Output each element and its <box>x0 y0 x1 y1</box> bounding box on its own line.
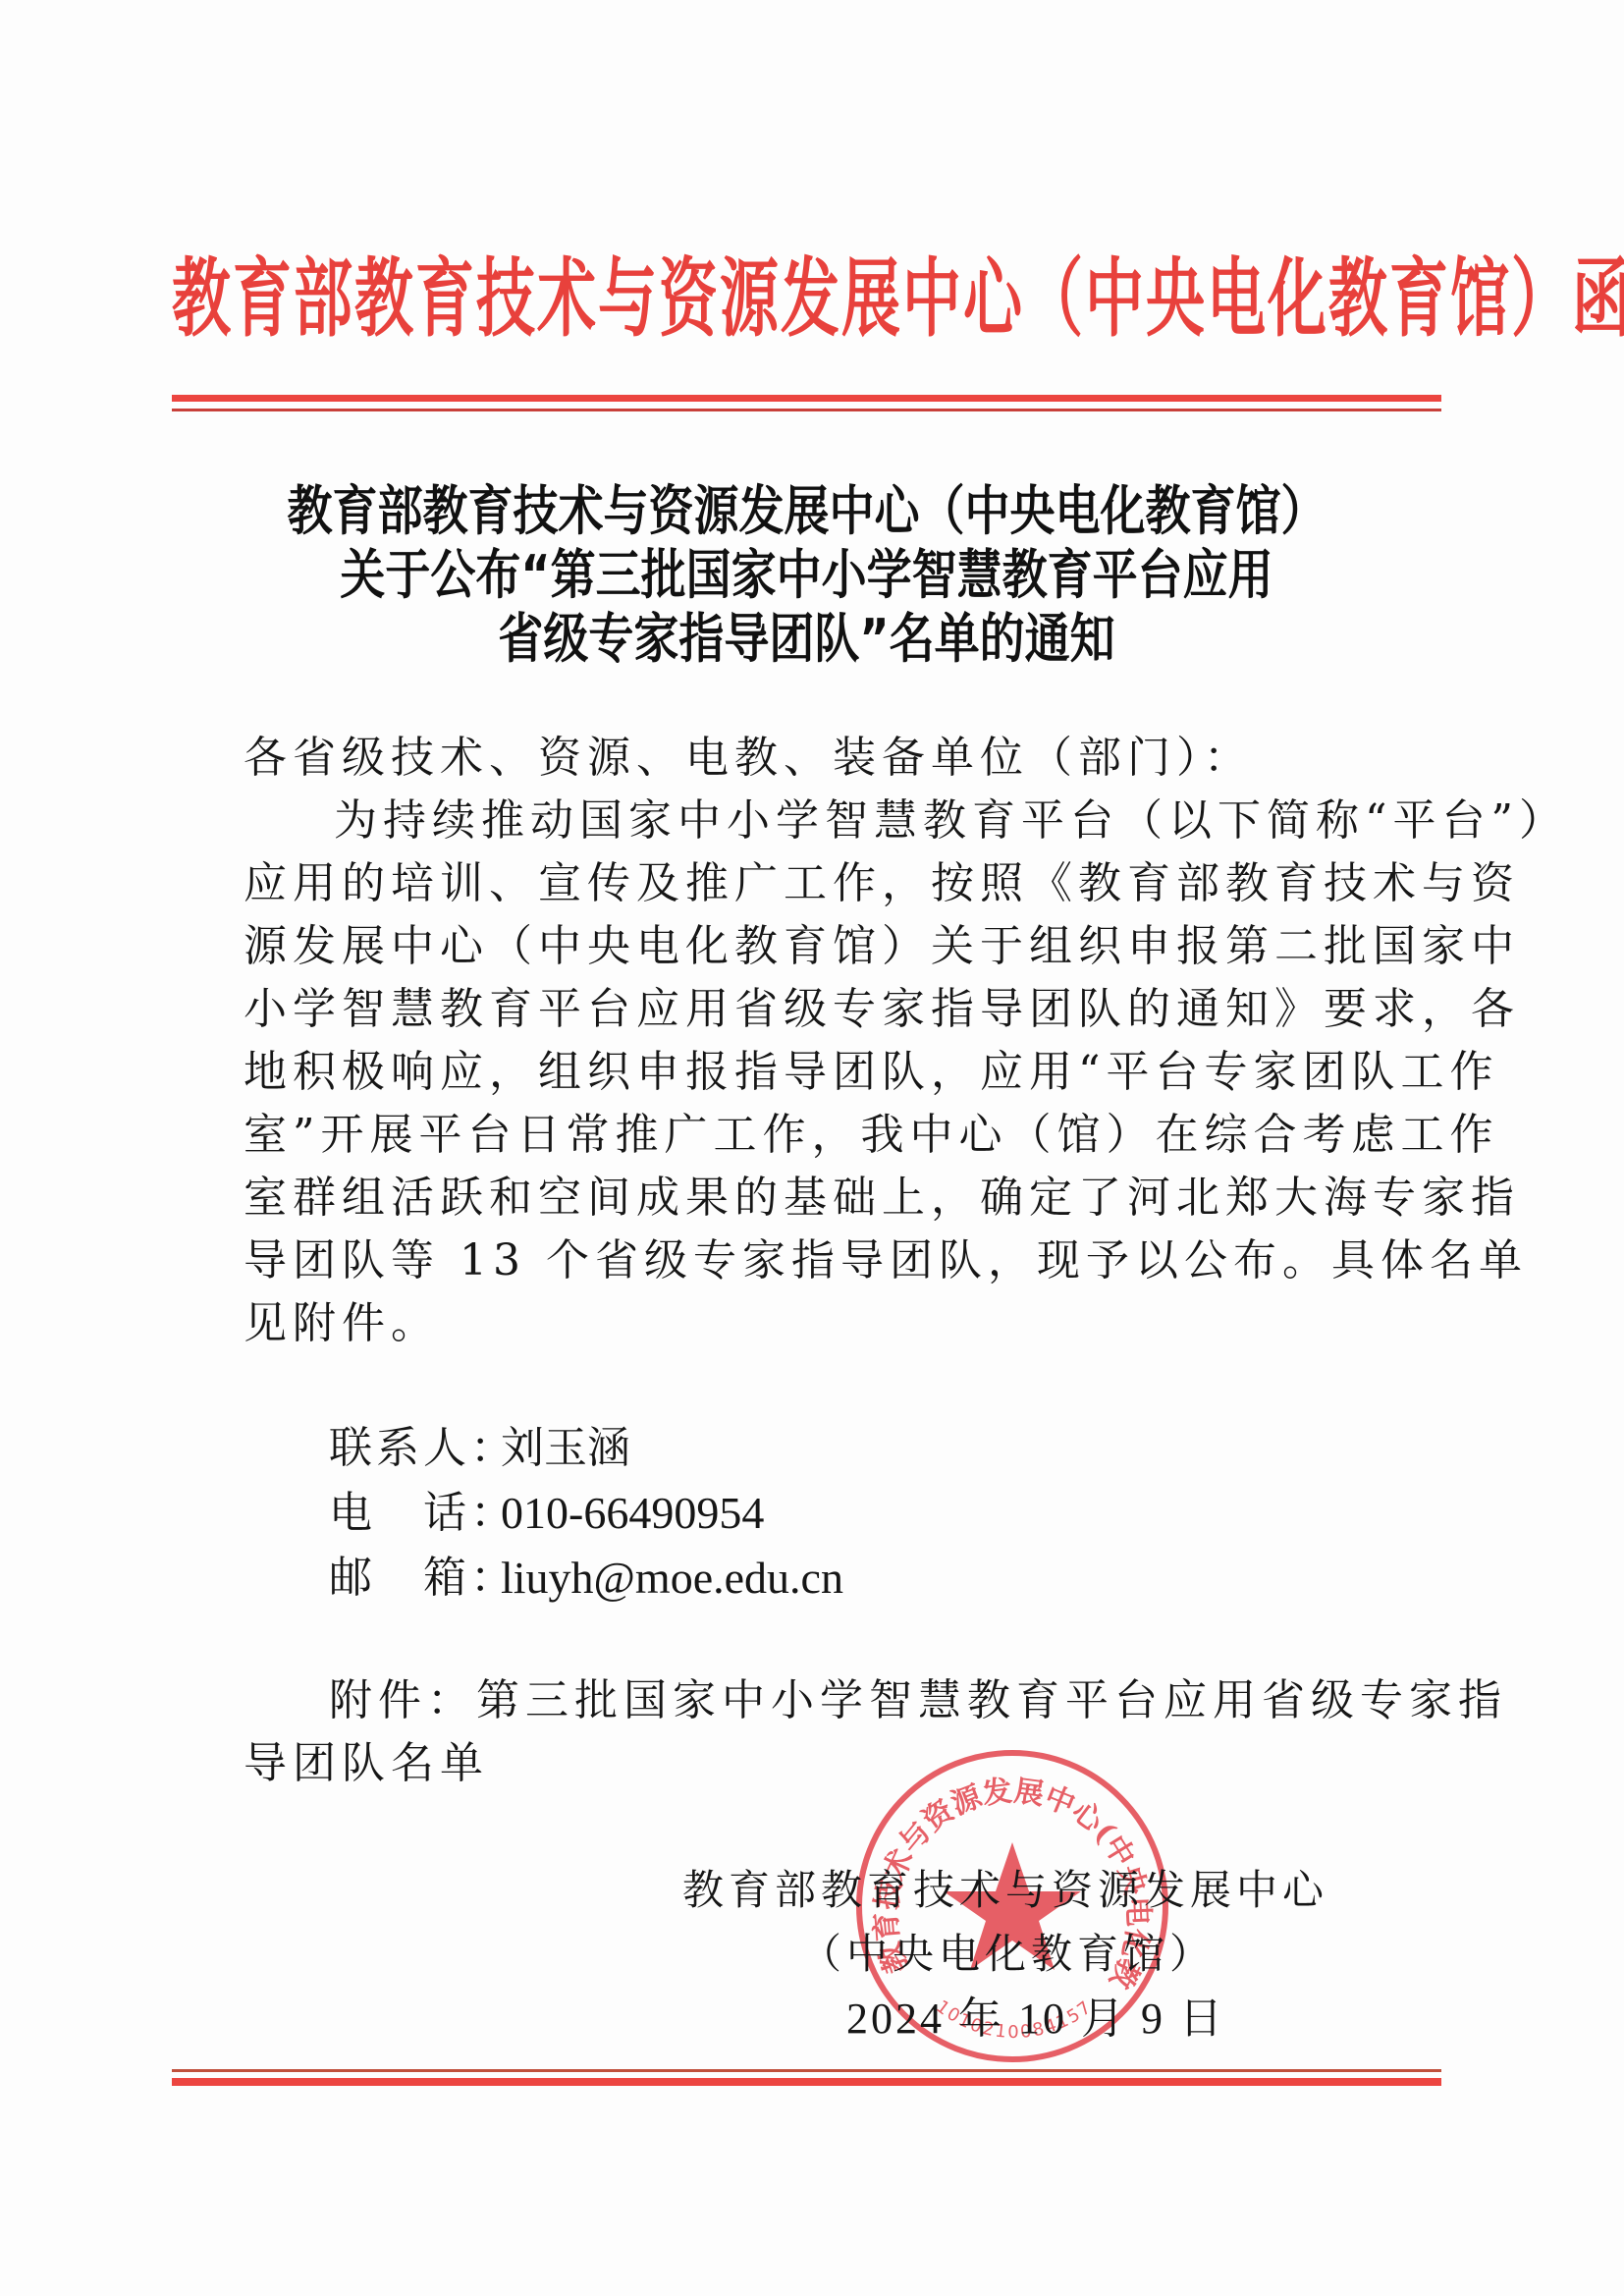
paragraph-line: 小学智慧教育平台应用省级专家指导团队的通知》要求，各 <box>244 978 1520 1041</box>
paragraph-line: 应用的培训、宣传及推广工作，按照《教育部教育技术与资 <box>244 852 1520 915</box>
footer-rule-thin <box>172 2069 1441 2072</box>
notice-title-line-3: 省级专家指导团队”名单的通知 <box>172 601 1441 676</box>
attachment-line-2: 导团队名单 <box>244 1732 489 1795</box>
contact-email-link[interactable]: liuyh@moe.edu.cn <box>501 1547 843 1610</box>
signature-org-line-1: 教育部教育技术与资源发展中心 <box>682 1859 1328 1922</box>
paragraph-line: 导团队等 13 个省级专家指导团队，现予以公布。具体名单 <box>244 1230 1528 1292</box>
footer-rule-thick <box>172 2078 1441 2086</box>
paragraph-line: 地积极响应，组织申报指导团队，应用“平台专家团队工作 <box>244 1041 1499 1104</box>
paragraph-line: 见附件。 <box>244 1292 440 1355</box>
salutation: 各省级技术、资源、电教、装备单位（部门）： <box>244 727 1253 790</box>
contact-phone-label: 电 话： <box>329 1482 517 1545</box>
letterhead-rule-thick <box>172 395 1441 402</box>
paragraph-line: 室群组活跃和空间成果的基础上，确定了河北郑大海专家指 <box>244 1167 1520 1230</box>
contact-person-value: 刘玉涵 <box>501 1417 630 1480</box>
signature-date: 2024 年 10 月 9 日 <box>846 1988 1225 2050</box>
contact-email-label: 邮 箱： <box>329 1547 517 1610</box>
letterhead-rule-thin <box>172 409 1441 411</box>
contact-person-label: 联系人： <box>329 1417 517 1480</box>
document-page: 教育部教育技术与资源发展中心（中央电化教育馆）函件 教育部教育技术与资源发展中心… <box>0 0 1624 2296</box>
letterhead-title: 教育部教育技术与资源发展中心（中央电化教育馆）函件 <box>172 221 1441 378</box>
signature-org-line-2: （中央电化教育馆） <box>800 1923 1216 1986</box>
contact-phone-value: 010-66490954 <box>501 1482 764 1545</box>
paragraph-line: 室”开展平台日常推广工作，我中心（馆）在综合考虑工作 <box>244 1104 1499 1167</box>
paragraph-line: 为持续推动国家中小学智慧教育平台（以下简称“平台”） <box>334 790 1568 852</box>
paragraph-line: 源发展中心（中央电化教育馆）关于组织申报第二批国家中 <box>244 915 1520 978</box>
attachment-line-1: 附件：第三批国家中小学智慧教育平台应用省级专家指 <box>329 1669 1507 1732</box>
